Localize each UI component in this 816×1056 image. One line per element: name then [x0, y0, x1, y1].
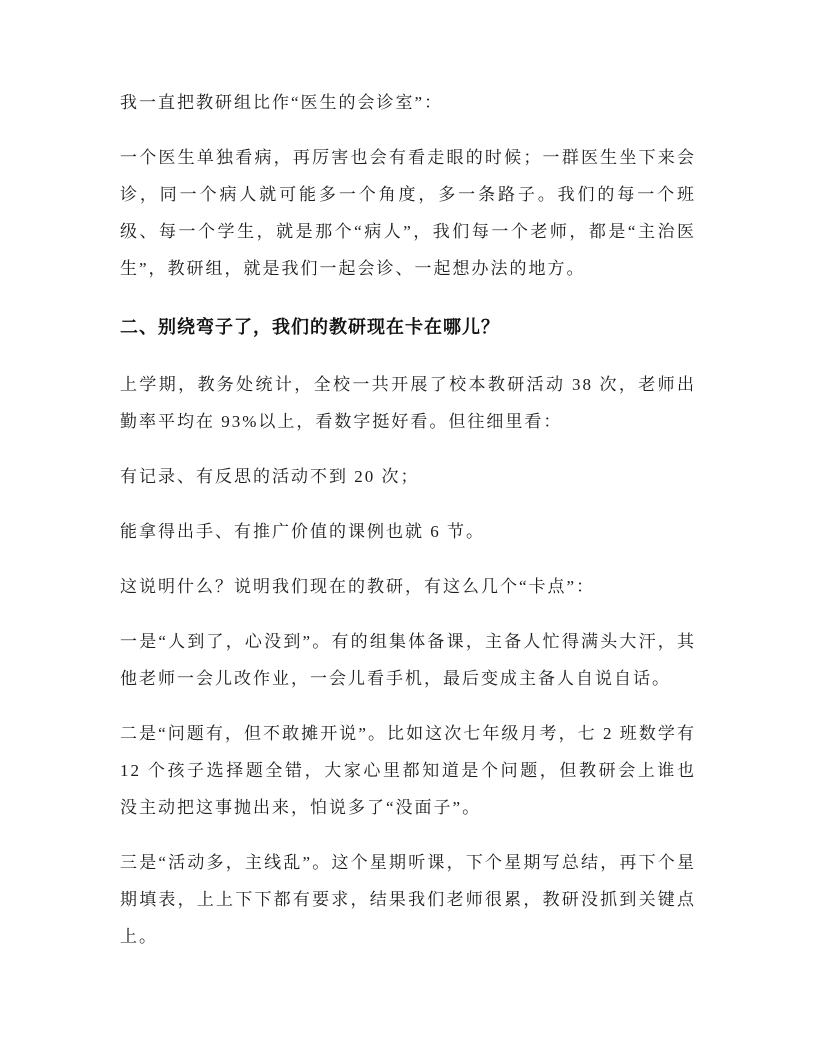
- paragraph-recorded-activities: 有记录、有反思的活动不到 20 次；: [120, 458, 696, 495]
- paragraph-doctor-metaphor: 一个医生单独看病，再厉害也会有看走眼的时候；一群医生坐下来会诊，同一个病人就可能…: [120, 139, 696, 287]
- paragraph-statistics: 上学期，教务处统计，全校一共开展了校本教研活动 38 次，老师出勤率平均在 93…: [120, 366, 696, 440]
- paragraph-quality-lessons: 能拿得出手、有推广价值的课例也就 6 节。: [120, 513, 696, 550]
- paragraph-stuck-points-lead: 这说明什么？说明我们现在的教研，有这么几个“卡点”：: [120, 568, 696, 605]
- paragraph-stuck-point-1: 一是“人到了，心没到”。有的组集体备课，主备人忙得满头大汗，其他老师一会儿改作业…: [120, 623, 696, 697]
- section-heading-current-problems: 二、别绕弯子了，我们的教研现在卡在哪儿？: [120, 309, 696, 346]
- paragraph-metaphor-intro: 我一直把教研组比作“医生的会诊室”：: [120, 84, 696, 121]
- paragraph-stuck-point-2: 二是“问题有，但不敢摊开说”。比如这次七年级月考，七 2 班数学有 12 个孩子…: [120, 715, 696, 826]
- document-page: 我一直把教研组比作“医生的会诊室”： 一个医生单独看病，再厉害也会有看走眼的时候…: [0, 0, 816, 1056]
- paragraph-stuck-point-3: 三是“活动多，主线乱”。这个星期听课，下个星期写总结，再下个星期填表，上上下下都…: [120, 844, 696, 955]
